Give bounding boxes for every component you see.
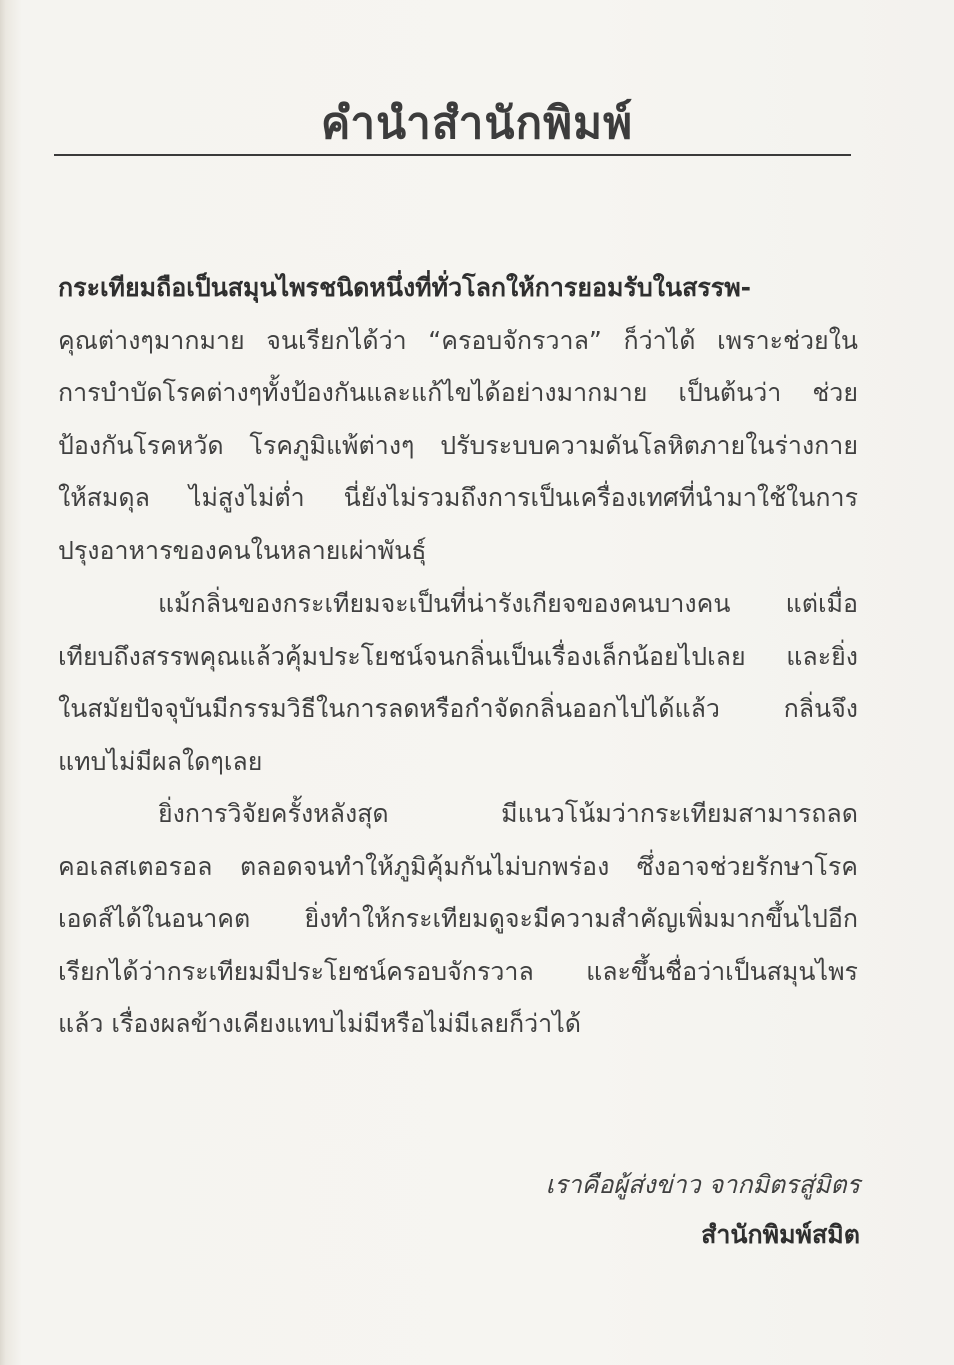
- title-underline: [54, 154, 851, 156]
- paragraph-line: เทียบถึงสรรพคุณแล้วคุ้มประโยชน์จนกลิ่นเป…: [58, 631, 858, 684]
- paragraph-line: แล้ว เรื่องผลข้างเคียงแทบไม่มีหรือไม่มีเ…: [58, 998, 858, 1051]
- paragraph-line: เรียกได้ว่ากระเทียมมีประโยชน์ครอบจักรวาล…: [58, 946, 858, 999]
- paragraph-line: การบำบัดโรคต่างๆทั้งป้องกันและแก้ไขได้อย…: [58, 367, 858, 420]
- paragraph-line: คุณต่างๆมากมาย จนเรียกได้ว่า “ครอบจักรวา…: [58, 315, 858, 368]
- paragraph-line: ในสมัยปัจจุบันมีกรรมวิธีในการลดหรือกำจัด…: [58, 683, 858, 736]
- paragraph-line: กระเทียมถือเป็นสมุนไพรชนิดหนึ่งที่ทั่วโล…: [58, 262, 858, 315]
- paragraph-line: ป้องกันโรคหวัด โรคภูมิแพ้ต่างๆ ปรับระบบค…: [58, 420, 858, 473]
- book-page: คำนำสำนักพิมพ์ กระเทียมถือเป็นสมุนไพรชนิ…: [0, 0, 954, 1365]
- page-title: คำนำสำนักพิมพ์: [0, 88, 954, 158]
- publisher-motto: เราคือผู้ส่งข่าว จากมิตรสู่มิตร: [546, 1160, 860, 1210]
- paragraph-line: แม้กลิ่นของกระเทียมจะเป็นที่น่ารังเกียจข…: [58, 578, 858, 631]
- paragraph-line: แทบไม่มีผลใดๆเลย: [58, 736, 858, 789]
- paragraph-3: ยิ่งการวิจัยครั้งหลังสุด มีแนวโน้มว่ากระ…: [58, 788, 858, 1051]
- paragraph-line: ยิ่งการวิจัยครั้งหลังสุด มีแนวโน้มว่ากระ…: [58, 788, 858, 841]
- paragraph-2: แม้กลิ่นของกระเทียมจะเป็นที่น่ารังเกียจข…: [58, 578, 858, 788]
- paragraph-line: ให้สมดุล ไม่สูงไม่ต่ำ นี่ยังไม่รวมถึงการ…: [58, 472, 858, 525]
- paragraph-line: ปรุงอาหารของคนในหลายเผ่าพันธุ์: [58, 525, 858, 578]
- signature-block: เราคือผู้ส่งข่าว จากมิตรสู่มิตร สำนักพิม…: [546, 1160, 860, 1260]
- paragraph-1: กระเทียมถือเป็นสมุนไพรชนิดหนึ่งที่ทั่วโล…: [58, 262, 858, 577]
- paragraph-line: คอเลสเตอรอล ตลอดจนทำให้ภูมิคุ้มกันไม่บกพ…: [58, 841, 858, 894]
- paragraph-line: เอดส์ได้ในอนาคต ยิ่งทำให้กระเทียมดูจะมีค…: [58, 893, 858, 946]
- publisher-name: สำนักพิมพ์สมิต: [546, 1210, 860, 1260]
